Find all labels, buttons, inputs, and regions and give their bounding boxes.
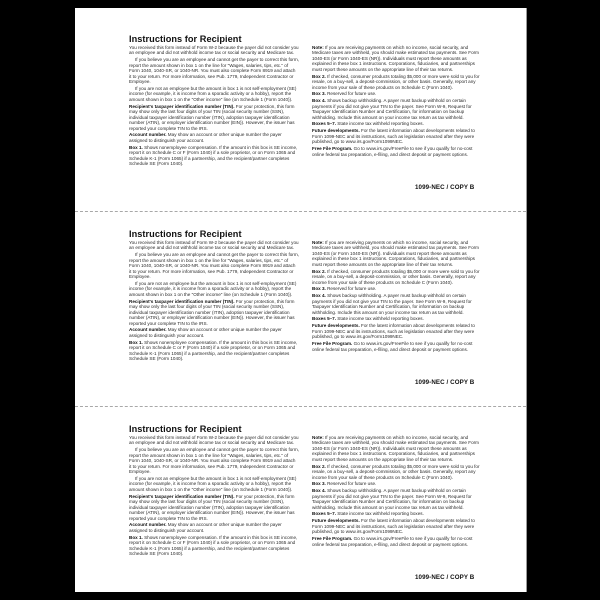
free-file-paragraph: Free File Program. Go to www.irs.gov/Fre… — [312, 341, 484, 352]
form-page: Instructions for Recipient You received … — [75, 8, 527, 592]
panel-heading: Instructions for Recipient — [129, 34, 299, 44]
future-developments-paragraph: Future developments. For the latest info… — [312, 518, 484, 534]
panel-heading: Instructions for Recipient — [129, 229, 299, 239]
right-column: Note: If you are receiving payments on w… — [312, 435, 484, 548]
box2-paragraph: Box 2. If checked, consumer products tot… — [312, 464, 484, 480]
account-label: Account number. — [129, 522, 167, 527]
right-column: Note: If you are receiving payments on w… — [312, 45, 484, 158]
account-label: Account number. — [129, 132, 167, 137]
non-employee-paragraph: If you are not an employee but the amoun… — [129, 281, 299, 297]
box3-paragraph: Box 3. Reserved for future use. — [312, 91, 484, 96]
tin-label: Recipient's taxpayer identification numb… — [129, 299, 235, 304]
left-column: Instructions for Recipient You received … — [129, 34, 299, 168]
note-paragraph: Note: If you are receiving payments on w… — [312, 435, 484, 462]
box1-label: Box 1. — [129, 145, 143, 150]
instruction-panel-3: Instructions for Recipient You received … — [75, 398, 526, 593]
intro-paragraph: You received this form instead of Form W… — [129, 45, 299, 56]
instruction-panel-1: Instructions for Recipient You received … — [75, 8, 526, 203]
right-column: Note: If you are receiving payments on w… — [312, 240, 484, 353]
account-paragraph: Account number. May show an account or o… — [129, 132, 299, 143]
left-column: Instructions for Recipient You received … — [129, 229, 299, 363]
tin-paragraph: Recipient's taxpayer identification numb… — [129, 299, 299, 326]
account-paragraph: Account number. May show an account or o… — [129, 327, 299, 338]
tin-label: Recipient's taxpayer identification numb… — [129, 494, 235, 499]
box3-paragraph: Box 3. Reserved for future use. — [312, 286, 484, 291]
box4-paragraph: Box 4. Shows backup withholding. A payer… — [312, 98, 484, 120]
employee-paragraph: If you believe you are an employee and c… — [129, 252, 299, 279]
account-label: Account number. — [129, 327, 167, 332]
copy-label: 1099-NEC / COPY B — [415, 574, 474, 581]
box4-paragraph: Box 4. Shows backup withholding. A payer… — [312, 488, 484, 510]
employee-paragraph: If you believe you are an employee and c… — [129, 57, 299, 84]
boxes5-7-paragraph: Boxes 5–7. State income tax withheld rep… — [312, 511, 484, 516]
tin-label: Recipient's taxpayer identification numb… — [129, 104, 235, 109]
boxes5-7-paragraph: Boxes 5–7. State income tax withheld rep… — [312, 121, 484, 126]
note-paragraph: Note: If you are receiving payments on w… — [312, 240, 484, 267]
free-file-paragraph: Free File Program. Go to www.irs.gov/Fre… — [312, 536, 484, 547]
box1-paragraph: Box 1. Shows nonemployee compensation. I… — [129, 535, 299, 557]
account-paragraph: Account number. May show an account or o… — [129, 522, 299, 533]
free-file-paragraph: Free File Program. Go to www.irs.gov/Fre… — [312, 146, 484, 157]
intro-paragraph: You received this form instead of Form W… — [129, 435, 299, 446]
instruction-panel-2: Instructions for Recipient You received … — [75, 203, 526, 398]
box1-label: Box 1. — [129, 340, 143, 345]
note-paragraph: Note: If you are receiving payments on w… — [312, 45, 484, 72]
document-viewport: Instructions for Recipient You received … — [0, 0, 600, 600]
future-developments-paragraph: Future developments. For the latest info… — [312, 128, 484, 144]
employee-paragraph: If you believe you are an employee and c… — [129, 447, 299, 474]
non-employee-paragraph: If you are not an employee but the amoun… — [129, 86, 299, 102]
copy-label: 1099-NEC / COPY B — [415, 184, 474, 191]
box1-paragraph: Box 1. Shows nonemployee compensation. I… — [129, 145, 299, 167]
future-developments-paragraph: Future developments. For the latest info… — [312, 323, 484, 339]
box4-paragraph: Box 4. Shows backup withholding. A payer… — [312, 293, 484, 315]
boxes5-7-paragraph: Boxes 5–7. State income tax withheld rep… — [312, 316, 484, 321]
panel-heading: Instructions for Recipient — [129, 424, 299, 434]
box2-paragraph: Box 2. If checked, consumer products tot… — [312, 269, 484, 285]
box2-paragraph: Box 2. If checked, consumer products tot… — [312, 74, 484, 90]
copy-label: 1099-NEC / COPY B — [415, 379, 474, 386]
tin-paragraph: Recipient's taxpayer identification numb… — [129, 494, 299, 521]
box3-paragraph: Box 3. Reserved for future use. — [312, 481, 484, 486]
non-employee-paragraph: If you are not an employee but the amoun… — [129, 476, 299, 492]
box1-label: Box 1. — [129, 535, 143, 540]
box1-paragraph: Box 1. Shows nonemployee compensation. I… — [129, 340, 299, 362]
tin-paragraph: Recipient's taxpayer identification numb… — [129, 104, 299, 131]
intro-paragraph: You received this form instead of Form W… — [129, 240, 299, 251]
left-column: Instructions for Recipient You received … — [129, 424, 299, 558]
